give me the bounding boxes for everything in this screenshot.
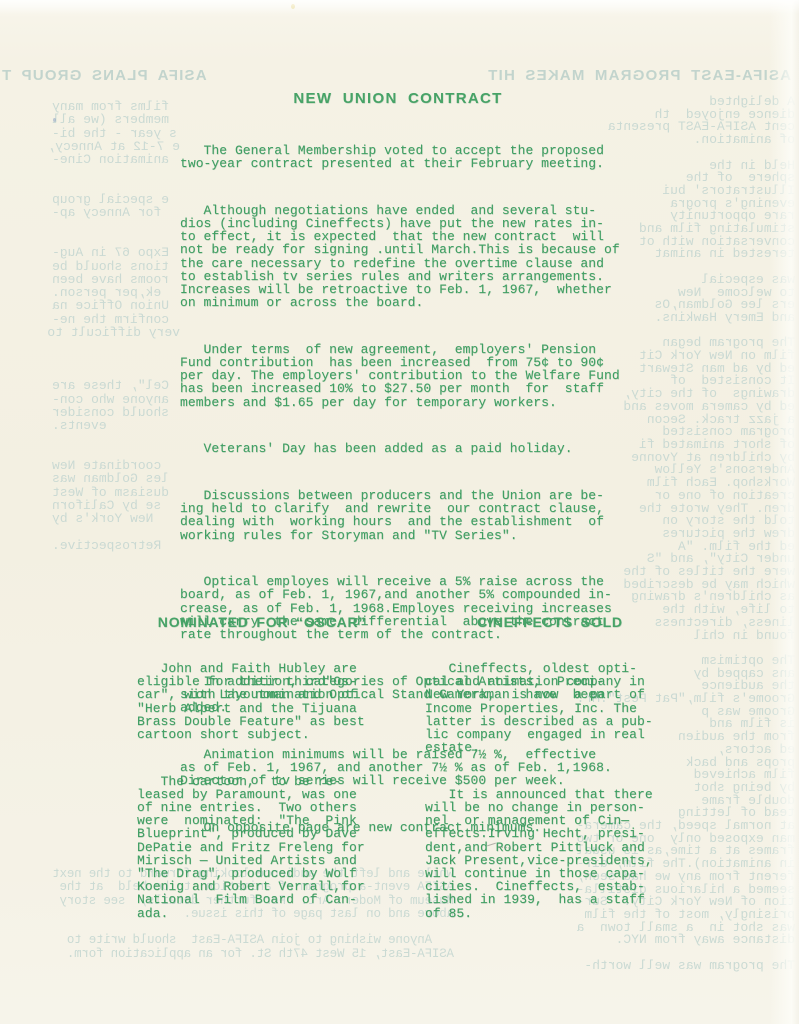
main-article-paragraph: Veterans' Day has been added as a paid h… bbox=[180, 442, 616, 455]
main-article-paragraph: Discussions between producers and the Un… bbox=[180, 489, 616, 542]
page-edge-highlight bbox=[769, 0, 799, 1024]
bleedthrough-left-strip: films from many members (we all s year -… bbox=[52, 100, 180, 552]
cineffects-article-paragraph: It is announced that there will be no ch… bbox=[425, 788, 675, 920]
oscar-article: NOMINATED FOR “OSCAR” John and Faith Hub… bbox=[137, 590, 387, 953]
oscar-article-paragraph: John and Faith Hubley are eligible for t… bbox=[137, 662, 387, 741]
paper-speck bbox=[53, 118, 56, 122]
oscar-article-paragraph: The cartoon, to be re- leased by Paramou… bbox=[137, 775, 387, 920]
cineffects-article-paragraph: Cineffects, oldest opti- cal and animati… bbox=[425, 662, 675, 754]
main-article-paragraph: Under terms of new agreement, employers'… bbox=[180, 343, 616, 409]
scanned-newsletter-page: ASIFA-EAST PROGRAM MAKES HIT ASIFA PLANS… bbox=[0, 0, 799, 1024]
pencil-mark bbox=[487, 840, 513, 852]
cineffects-article-heading: CINEFFECTS SOLD bbox=[425, 616, 675, 629]
main-article-paragraph: Although negotiations have ended and sev… bbox=[180, 204, 616, 310]
main-article-paragraph: The General Membership voted to accept t… bbox=[180, 144, 616, 170]
cineffects-article: CINEFFECTS SOLD Cineffects, oldest opti-… bbox=[425, 590, 675, 953]
paper-speck bbox=[291, 4, 295, 9]
page-edge-highlight bbox=[0, 0, 799, 14]
oscar-article-heading: NOMINATED FOR “OSCAR” bbox=[137, 616, 387, 629]
main-article-heading: NEW UNION CONTRACT bbox=[180, 92, 616, 105]
